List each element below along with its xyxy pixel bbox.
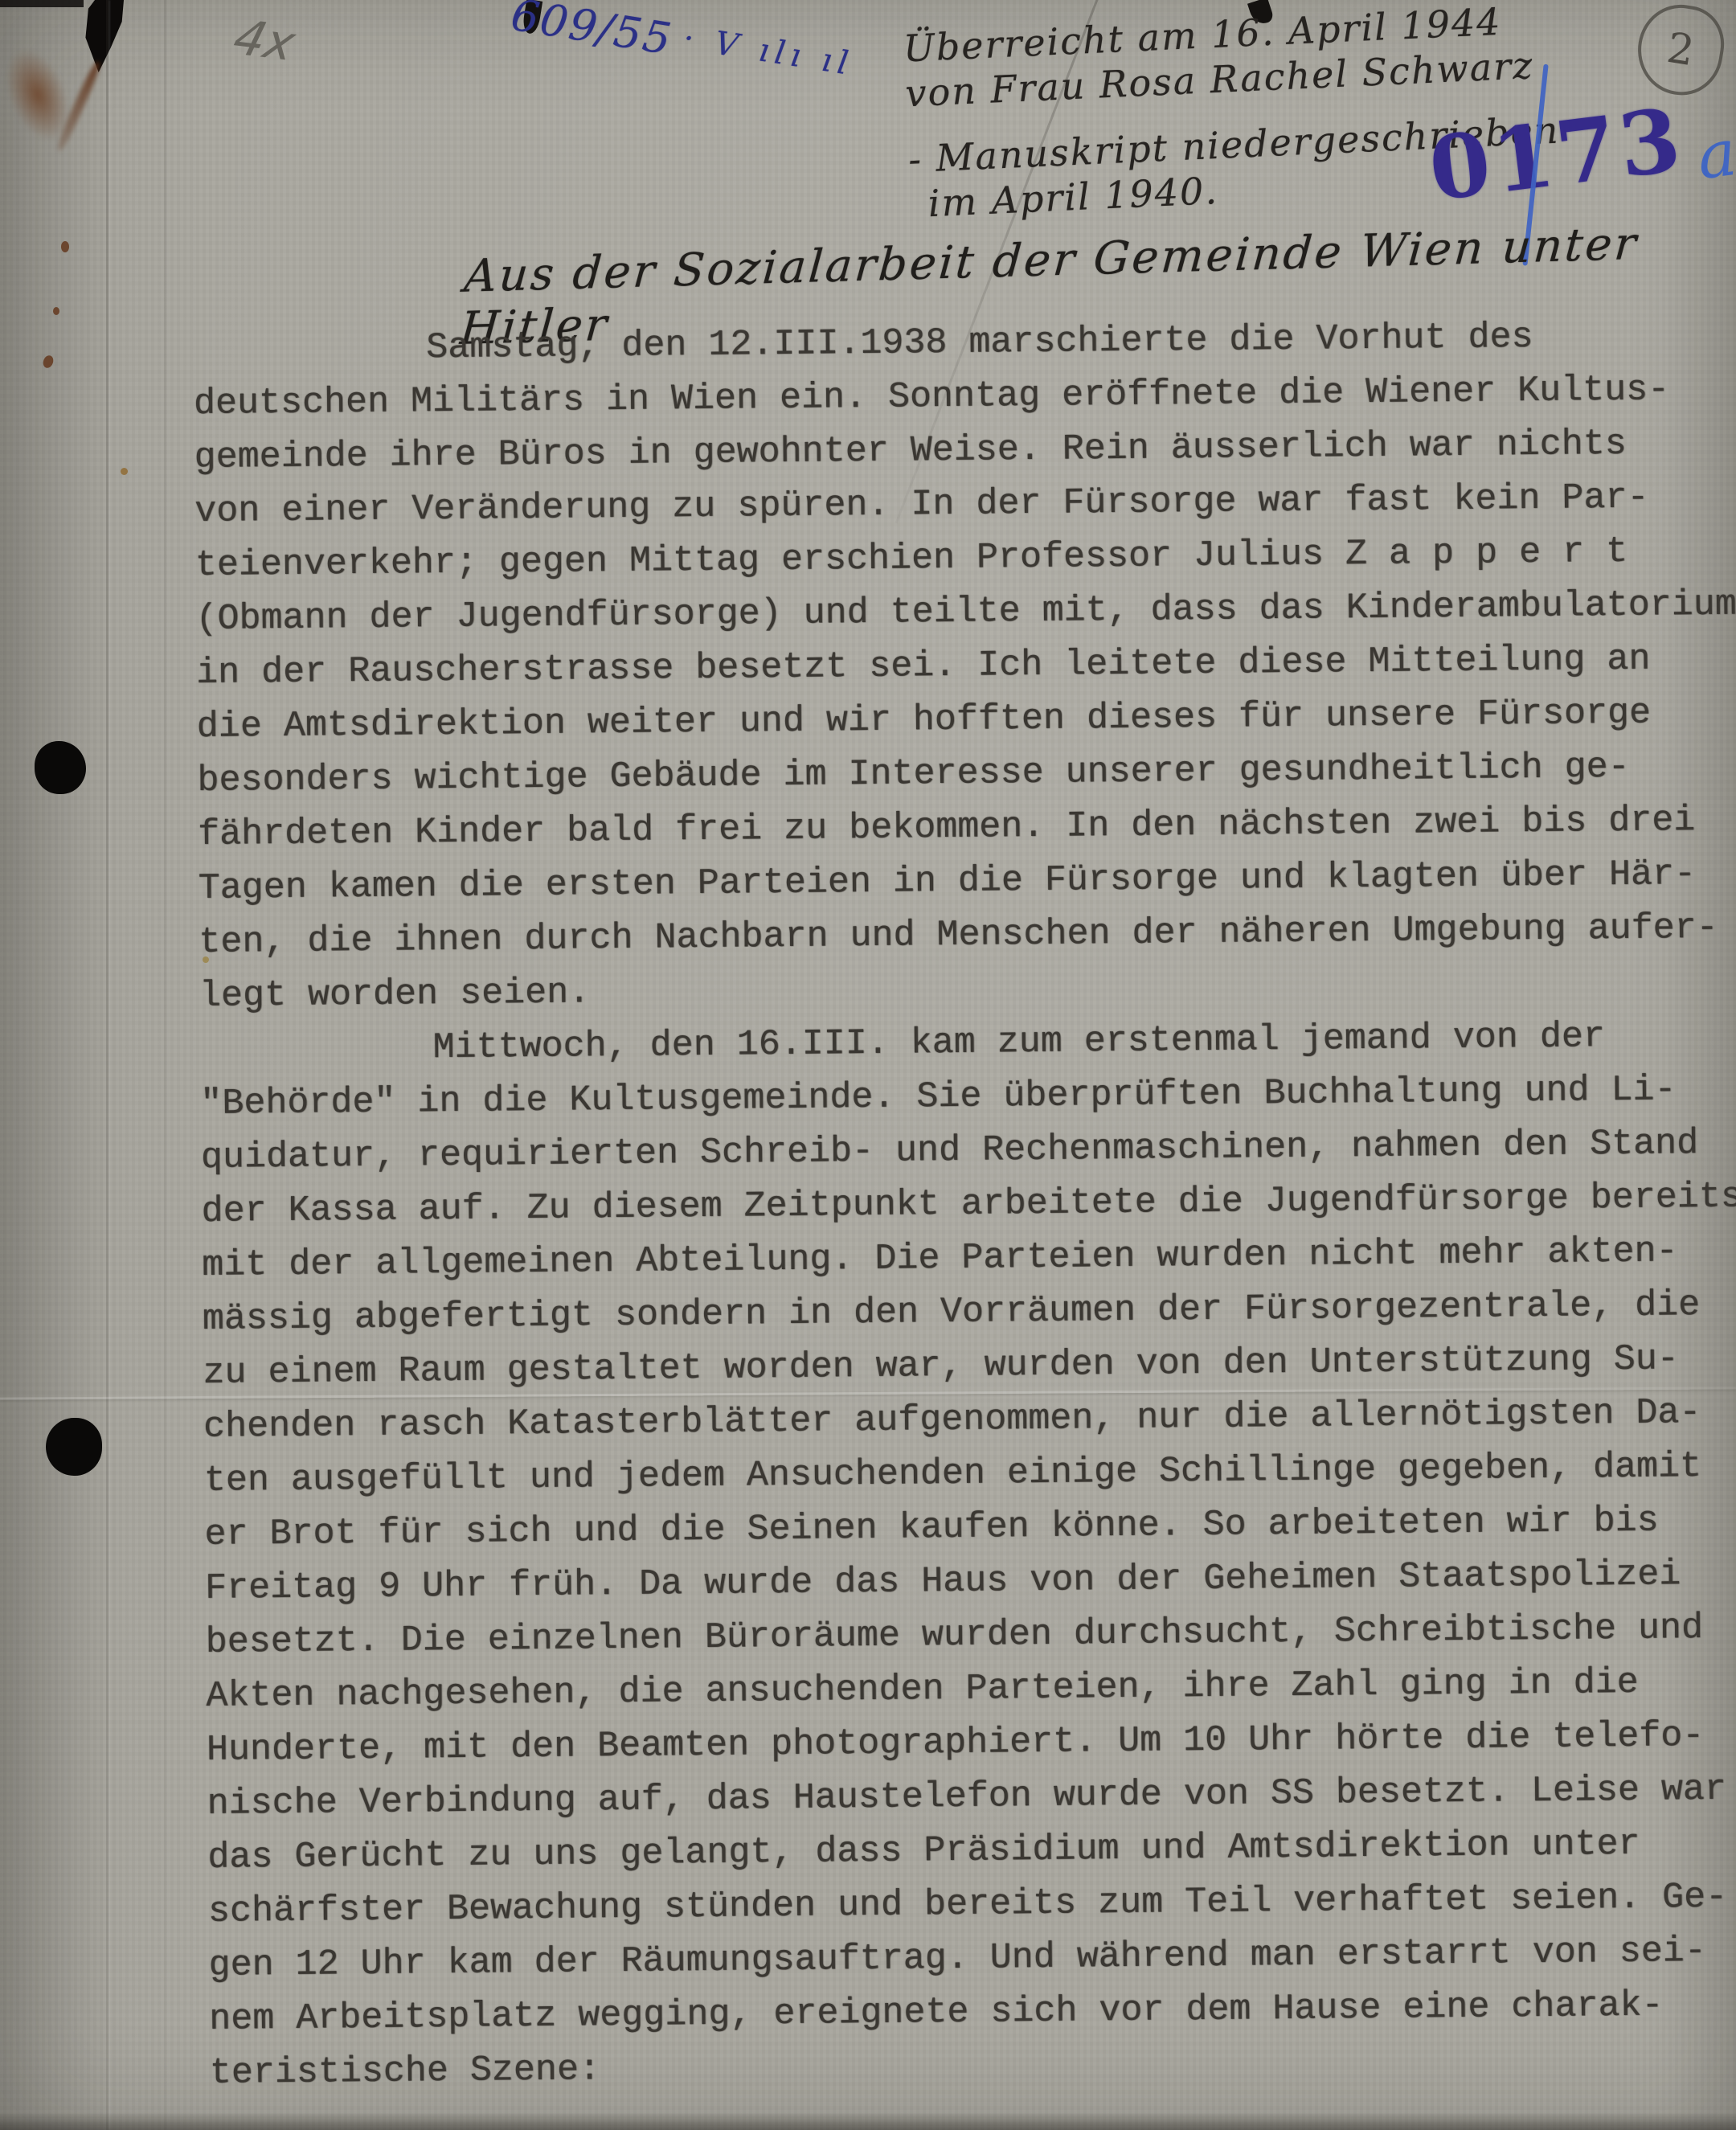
stain-dot (61, 241, 69, 252)
torn-edge-mark (0, 0, 84, 7)
vertical-fold-crease (106, 0, 108, 2130)
stain-dot (121, 468, 128, 475)
stain-dot (42, 354, 55, 369)
scanned-document-page: 2 4x 609/55· V ılı ıl Überreicht am 16. … (0, 0, 1736, 2130)
vertical-fold-crease (164, 0, 166, 2130)
punch-hole-bottom (46, 1418, 102, 1476)
stamp-suffix-letter: a (1693, 115, 1736, 194)
blue-ink-file-notation: 609/55· V ılı ıl (508, 0, 857, 93)
ink-squiggle-marks: · V ılı ıl (681, 20, 856, 84)
pencil-mark: 4x (227, 10, 301, 72)
stain-dot (53, 307, 59, 315)
typewritten-body: Samstag, den 12.III.1938 marschierte die… (193, 308, 1736, 2099)
page-number-text: 2 (1664, 24, 1697, 76)
punch-hole-top (35, 741, 86, 794)
ink-blot-top-left (77, 0, 124, 72)
file-number: 609/55 (508, 0, 676, 65)
